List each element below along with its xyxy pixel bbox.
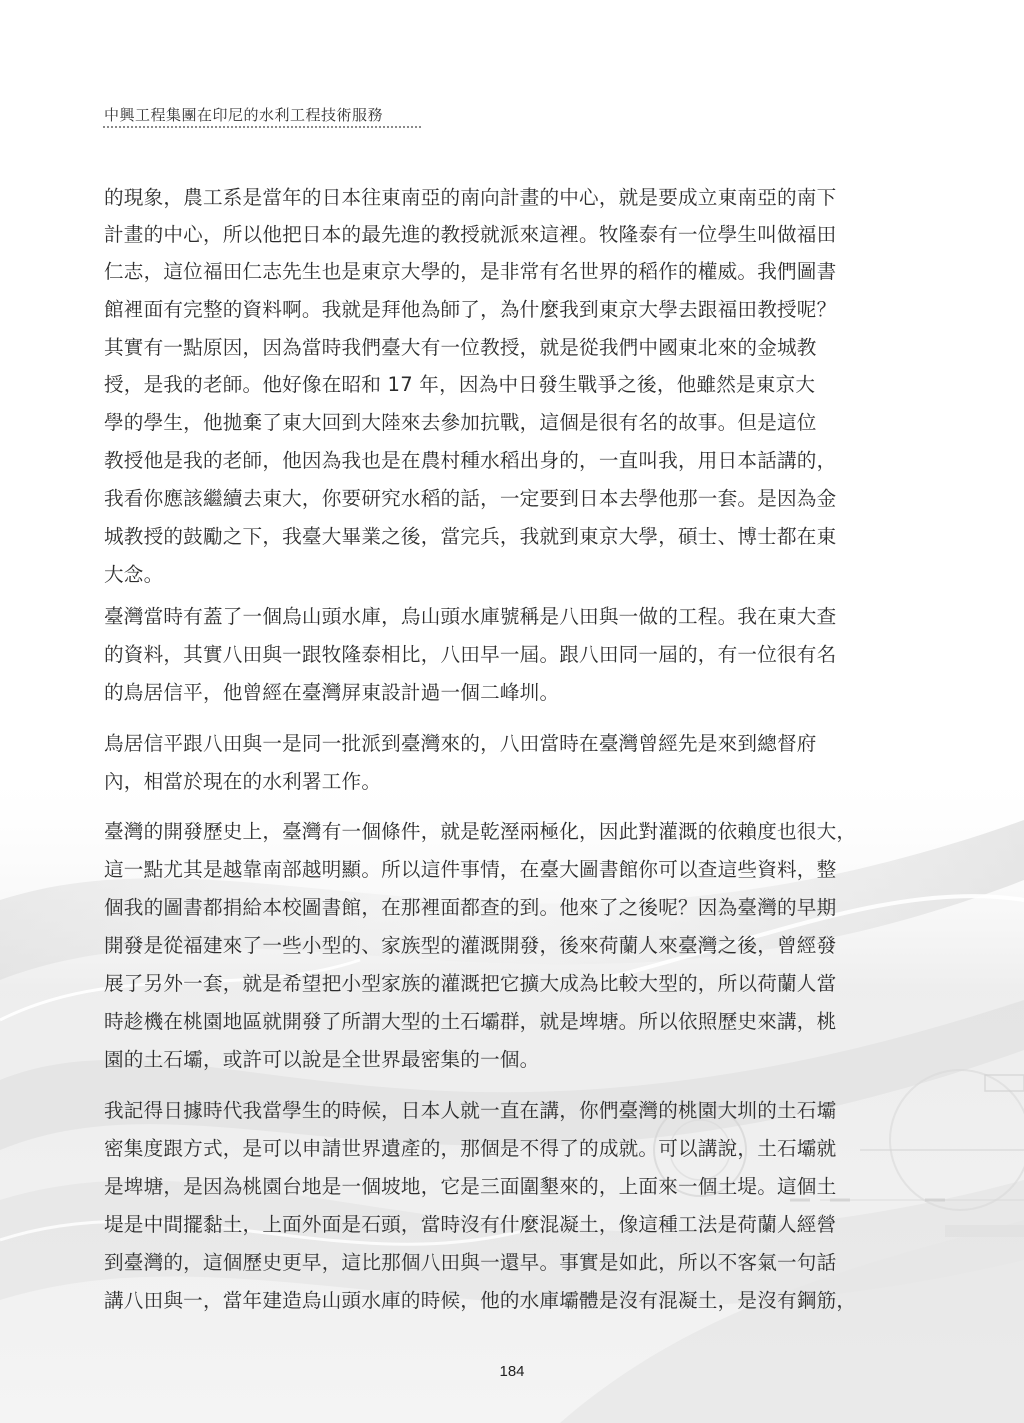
text-line: 仁志，這位福田仁志先生也是東京大學的，是非常有名世界的稻作的權威。我們圖書 xyxy=(104,258,836,286)
text-line: 其實有一點原因，因為當時我們臺大有一位教授，就是從我們中國東北來的金城教 xyxy=(104,334,817,362)
text-line: 教授他是我的老師，他因為我也是在農村種水稻出身的，一直叫我，用日本話講的， xyxy=(104,447,836,475)
text-line: 計畫的中心，所以他把日本的最先進的教授就派來這裡。牧隆泰有一位學生叫做福田 xyxy=(104,221,836,249)
text-line: 這一點尤其是越靠南部越明顯。所以這件事情，在臺大圖書館你可以查這些資料，整 xyxy=(104,856,836,884)
text-line: 密集度跟方式，是可以申請世界遺產的，那個是不得了的成就。可以講說，土石壩就 xyxy=(104,1135,836,1163)
text-line: 堤是中間擺黏土，上面外面是石頭，當時沒有什麼混凝土，像這種工法是荷蘭人經營 xyxy=(104,1211,836,1239)
page-number: 184 xyxy=(0,1363,1024,1380)
background-decoration xyxy=(0,0,1024,1423)
text-line: 講八田與一，當年建造烏山頭水庫的時候，他的水庫壩體是沒有混凝土，是沒有鋼筋， xyxy=(104,1287,856,1315)
text-line: 到臺灣的，這個歷史更早，這比那個八田與一還早。事實是如此，所以不客氣一句話 xyxy=(104,1249,836,1277)
text-line: 我看你應該繼續去東大，你要研究水稻的話，一定要到日本去學他那一套。是因為金 xyxy=(104,485,836,513)
header-dotted-rule xyxy=(103,126,421,128)
text-line: 臺灣當時有蓋了一個烏山頭水庫，烏山頭水庫號稱是八田與一做的工程。我在東大查 xyxy=(104,603,836,631)
text-line: 開發是從福建來了一些小型的、家族型的灌溉開發，後來荷蘭人來臺灣之後，曾經發 xyxy=(104,932,836,960)
text-line: 館裡面有完整的資料啊。我就是拜他為師了，為什麼我到東京大學去跟福田教授呢？ xyxy=(104,296,836,324)
text-line: 是埤塘，是因為桃園台地是一個坡地，它是三面圍墾來的，上面來一個土堤。這個土 xyxy=(104,1173,836,1201)
text-line: 臺灣的開發歷史上，臺灣有一個條件，就是乾溼兩極化，因此對灌溉的依賴度也很大， xyxy=(104,818,856,846)
text-line: 園的土石壩，或許可以說是全世界最密集的一個。 xyxy=(104,1046,539,1074)
text-line: 內，相當於現在的水利署工作。 xyxy=(104,768,381,796)
text-line: 個我的圖書都捐給本校圖書館，在那裡面都查的到。他來了之後呢？因為臺灣的早期 xyxy=(104,894,836,922)
text-line: 展了另外一套，就是希望把小型家族的灌溉把它擴大成為比較大型的，所以荷蘭人當 xyxy=(104,970,836,998)
text-line: 學的學生，他拋棄了東大回到大陸來去參加抗戰，這個是很有名的故事。但是這位 xyxy=(104,409,817,437)
text-line: 鳥居信平跟八田與一是同一批派到臺灣來的，八田當時在臺灣曾經先是來到總督府 xyxy=(104,730,817,758)
text-line: 我記得日據時代我當學生的時候，日本人就一直在講，你們臺灣的桃園大圳的土石壩 xyxy=(104,1097,836,1125)
text-line: 城教授的鼓勵之下，我臺大畢業之後，當完兵，我就到東京大學，碩士、博士都在東 xyxy=(104,523,836,551)
text-line: 時趁機在桃園地區就開發了所謂大型的土石壩群，就是埤塘。所以依照歷史來講，桃 xyxy=(104,1008,836,1036)
running-header-title: 中興工程集團在印尼的水利工程技術服務 xyxy=(104,104,383,125)
text-line: 的資料，其實八田與一跟牧隆泰相比，八田早一屆。跟八田同一屆的，有一位很有名 xyxy=(104,641,836,669)
text-line: 授，是我的老師。他好像在昭和 17 年，因為中日發生戰爭之後，他雖然是東京大 xyxy=(104,371,815,399)
text-line: 的鳥居信平，他曾經在臺灣屏東設計過一個二峰圳。 xyxy=(104,679,559,707)
text-line: 大念。 xyxy=(104,561,163,589)
text-line: 的現象，農工系是當年的日本往東南亞的南向計畫的中心，就是要成立東南亞的南下 xyxy=(104,184,836,212)
